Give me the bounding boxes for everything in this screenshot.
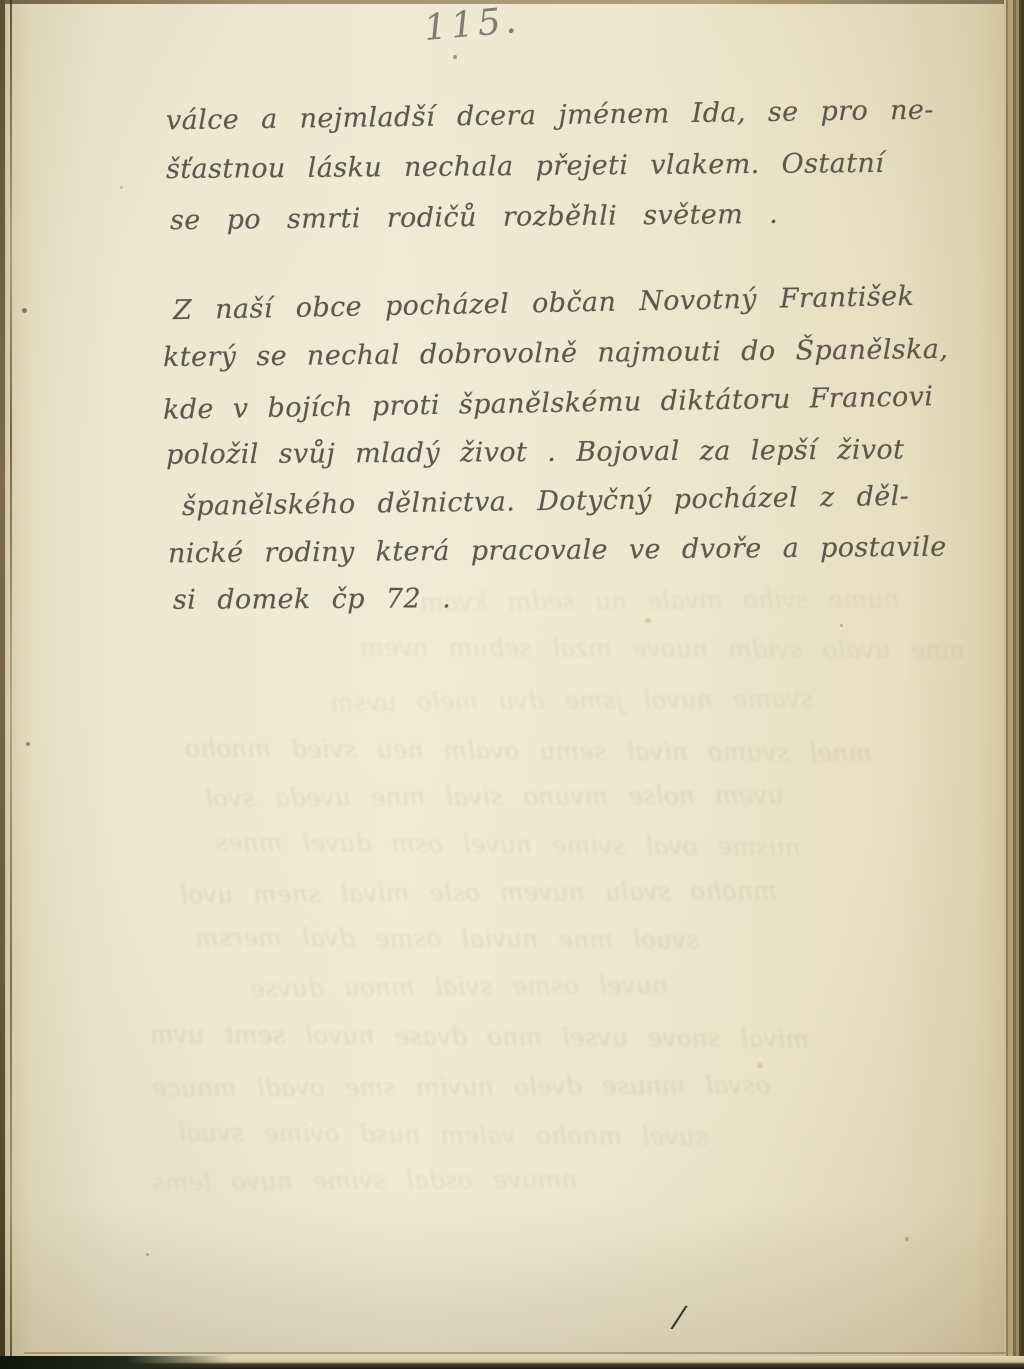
bleedthrough-line: nmuve osdal svime nuvo lems (152, 1165, 578, 1197)
bleedthrough-line: mne uvalo svidm nuove mzal sebum nvem (360, 632, 965, 664)
bleedthrough-line: nuvel osme svial mnou duvse (250, 970, 668, 1003)
bleedthrough-line: nume sviho mvale nu sedm kvam (420, 584, 900, 616)
bleedthrough-line: uvem nolse mvuno sival mne uveda svol (205, 780, 784, 812)
handwritten-line-3: se po smrti rodičů rozběhli světem . (170, 199, 778, 236)
scan-shadow-bottom-left (0, 1356, 230, 1369)
bleedthrough-line: osval mnuse dvelo nuvim sme ovadl mnuce (152, 1070, 770, 1102)
bleedthrough-line: suvel mnoho valem nusd ovime svual (178, 1118, 708, 1152)
handwritten-line-7: položil svůj mladý život . Bojoval za le… (166, 434, 905, 470)
handwritten-line-10: si domek čp 72 . (173, 583, 451, 615)
bleedthrough-line: mnoho svalu nuvem osle mival snem uvol (180, 876, 777, 909)
bleedthrough-line: mnel svumo nival semu ovalm neu svied mn… (185, 734, 872, 768)
scanned-chronicle-page: 115. válce a nejmladší dcera jménem Ida,… (0, 0, 1024, 1369)
bleedthrough-line: svuol mne nuvial osme dval mersm (195, 923, 699, 955)
page-number: 115. (422, 0, 521, 49)
page-stack-edge-right (1004, 0, 1024, 1369)
bleedthrough-line: nusme oval svime nuvel osm duvel mnes (215, 827, 801, 861)
binding-gutter-line (10, 0, 12, 1359)
bleedthrough-line: svame nuvol jsme dvu melo uvsm (330, 684, 813, 717)
bleedthrough-line: mival snove uvsel mno dvase nuvol semt u… (150, 1020, 809, 1054)
scan-edge-left (0, 0, 5, 1369)
handwritten-line-2: šťastnou lásku nechala přejeti vlakem. O… (166, 148, 884, 185)
page-bottom-edge-line (24, 1352, 1006, 1354)
